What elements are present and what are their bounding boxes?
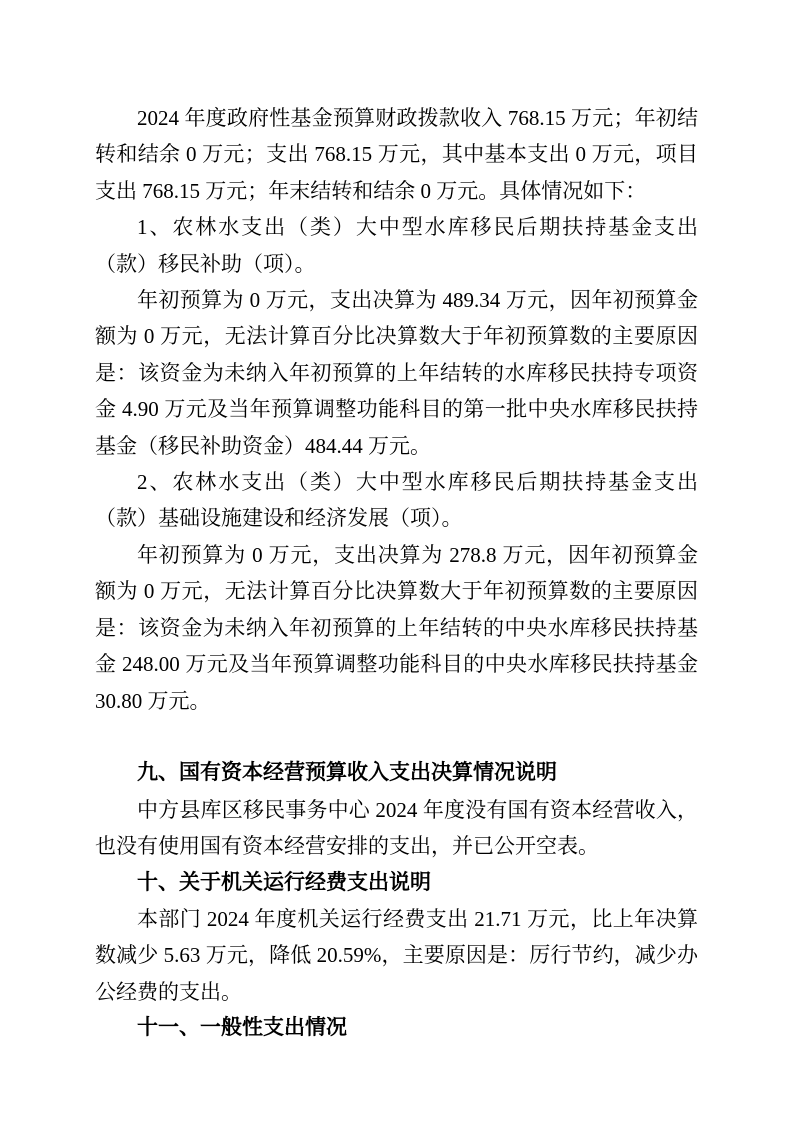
section-heading: 十、关于机关运行经费支出说明 bbox=[95, 865, 698, 901]
body-paragraph: 1、农林水支出（类）大中型水库移民后期扶持基金支出（款）移民补助（项）。 bbox=[95, 209, 698, 282]
document-page: 2024 年度政府性基金预算财政拨款收入 768.15 万元；年初结转和结余 0… bbox=[0, 0, 793, 1122]
body-paragraph: 2024 年度政府性基金预算财政拨款收入 768.15 万元；年初结转和结余 0… bbox=[95, 100, 698, 209]
body-paragraph: 2、农林水支出（类）大中型水库移民后期扶持基金支出（款）基础设施建设和经济发展（… bbox=[95, 464, 698, 537]
body-paragraph: 本部门 2024 年度机关运行经费支出 21.71 万元，比上年决算数减少 5.… bbox=[95, 901, 698, 1010]
body-paragraph: 年初预算为 0 万元，支出决算为 278.8 万元，因年初预算金额为 0 万元，… bbox=[95, 537, 698, 719]
blank-line bbox=[95, 719, 698, 755]
body-paragraph: 年初预算为 0 万元，支出决算为 489.34 万元，因年初预算金额为 0 万元… bbox=[95, 282, 698, 464]
body-paragraph: 中方县库区移民事务中心 2024 年度没有国有资本经营收入，也没有使用国有资本经… bbox=[95, 792, 698, 865]
document-body: 2024 年度政府性基金预算财政拨款收入 768.15 万元；年初结转和结余 0… bbox=[95, 100, 698, 1047]
section-heading: 十一、一般性支出情况 bbox=[95, 1010, 698, 1046]
section-heading: 九、国有资本经营预算收入支出决算情况说明 bbox=[95, 755, 698, 791]
